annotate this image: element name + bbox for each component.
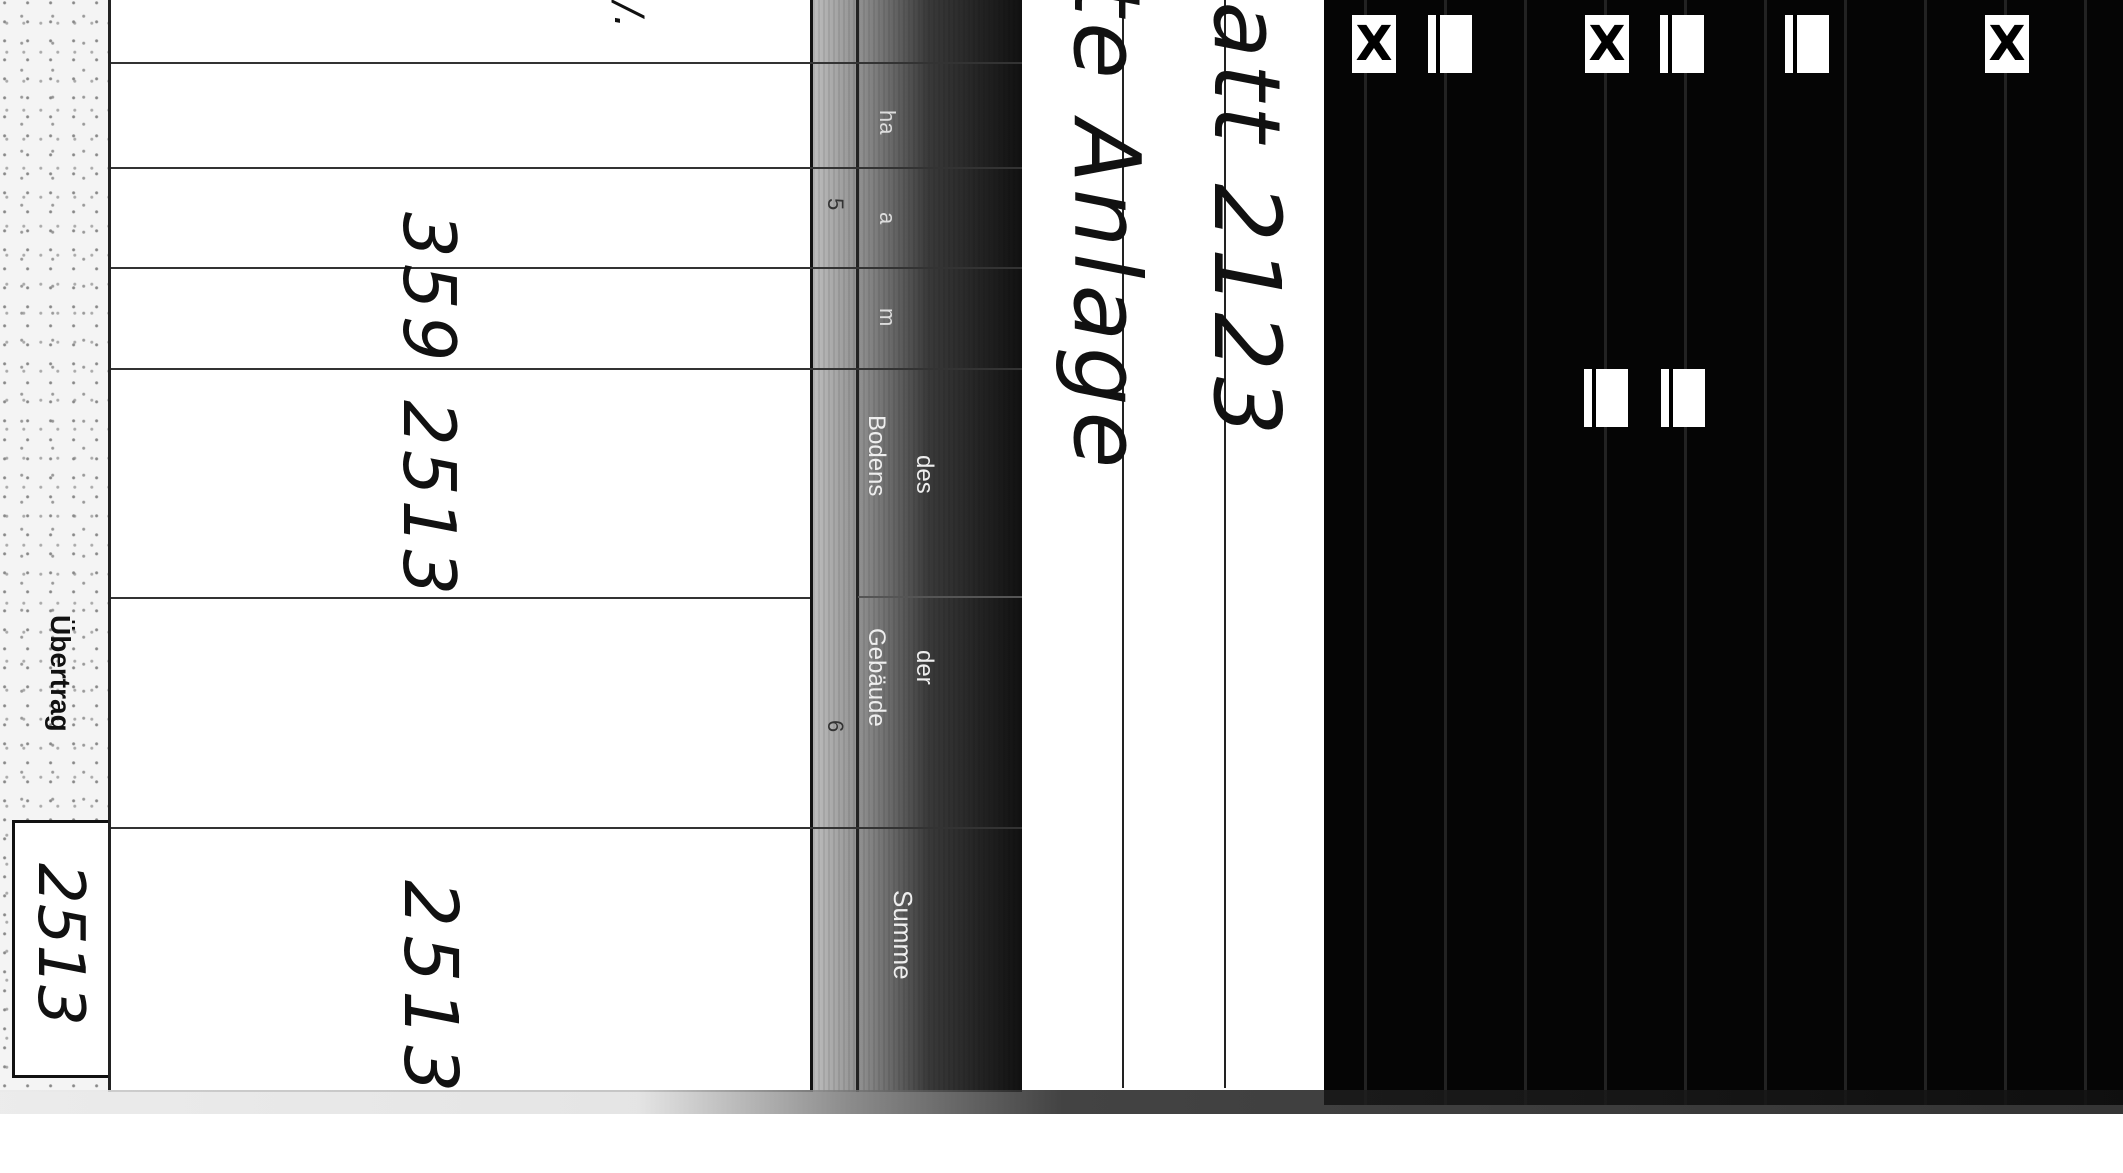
- header-summe-label: Summe: [887, 890, 918, 980]
- carry-value-box[interactable]: 2513: [12, 820, 112, 1078]
- checkbox-4[interactable]: [1660, 15, 1704, 73]
- carry-label: Übertrag: [44, 615, 76, 732]
- entry-m-value[interactable]: 359: [387, 212, 471, 367]
- header-row-divider: [810, 827, 1022, 829]
- header-des-label: des: [910, 455, 938, 494]
- row-divider: [111, 62, 810, 64]
- header-row-divider: [810, 62, 1022, 64]
- checkbox-5[interactable]: [1785, 15, 1829, 73]
- header-row-divider: [810, 167, 1022, 169]
- header-unit-m: m: [874, 308, 900, 326]
- handwritten-sheet-number: latt 2123: [1193, 0, 1300, 441]
- header-bodens-label: Bodens: [862, 415, 890, 496]
- checkbox-1[interactable]: X: [1352, 15, 1396, 73]
- header-unit-a: a: [874, 212, 900, 224]
- checkbox-7[interactable]: [1584, 369, 1628, 427]
- header-gebaeude-label: Gebäude: [862, 628, 890, 727]
- carry-value: 2513: [23, 863, 97, 1026]
- header-col-number-5: 5: [822, 198, 848, 210]
- dark-scan-region: [1324, 0, 2123, 1105]
- header-row-divider: [810, 368, 1022, 370]
- entry-summe-value[interactable]: 2513: [387, 880, 473, 1100]
- handwritten-annex-note: te Anlage: [1053, 0, 1160, 474]
- header-der-label: der: [910, 650, 938, 685]
- header-col-number-6: 6: [822, 720, 848, 732]
- row-divider: [111, 167, 810, 169]
- checkbox-2[interactable]: [1428, 15, 1472, 73]
- scan-bottom-edge: [0, 1090, 2123, 1114]
- checkbox-3[interactable]: X: [1585, 15, 1629, 73]
- row-divider: [111, 368, 810, 370]
- entry-bodens-value[interactable]: 2513: [387, 400, 471, 599]
- header-unit-ha: ha: [874, 110, 900, 134]
- checkbox-6[interactable]: X: [1985, 15, 2029, 73]
- header-row-divider: [810, 267, 1022, 269]
- main-table: /. 359 2513 2513: [108, 0, 810, 1092]
- row-divider: [111, 827, 810, 829]
- header-divider: [856, 0, 859, 1092]
- header-divider: [858, 596, 1022, 598]
- top-mark: /.: [605, 2, 651, 28]
- checkbox-8[interactable]: [1661, 369, 1705, 427]
